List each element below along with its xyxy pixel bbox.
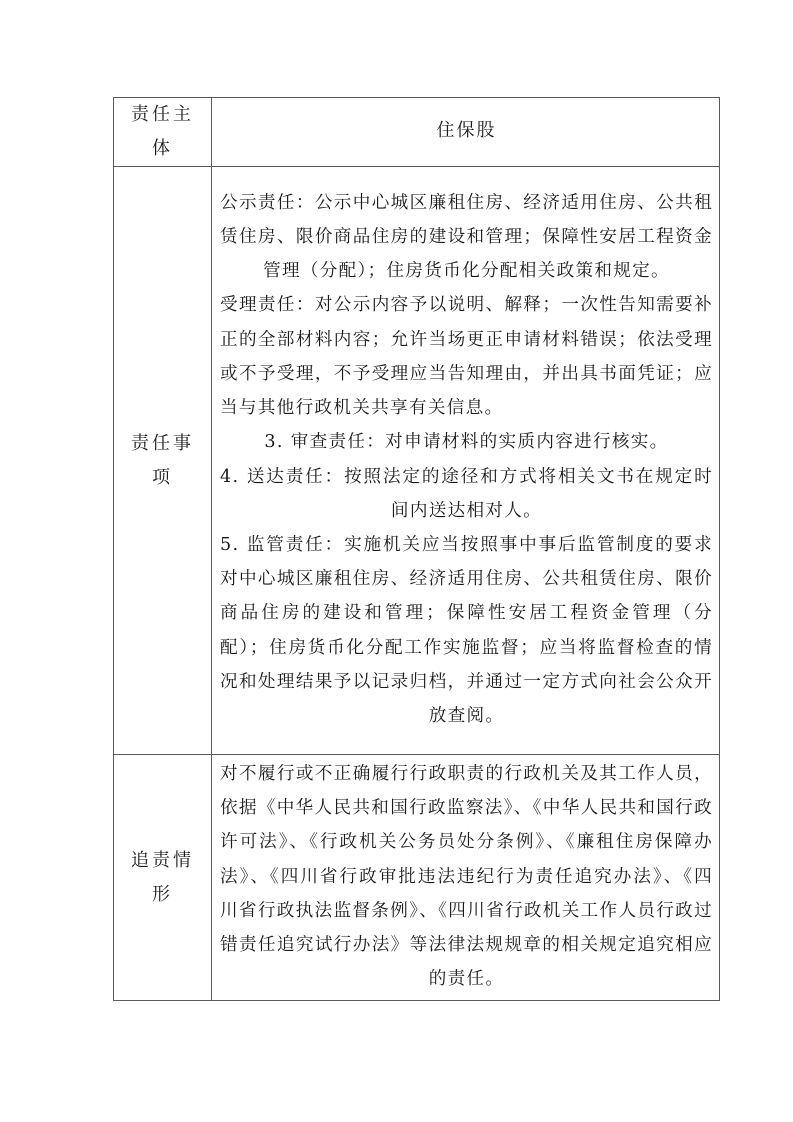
row-label: 责任主体 xyxy=(114,98,211,166)
label-cell-responsibility-items: 责任事项 xyxy=(114,167,212,755)
paragraph-acceptance-responsibility: 受理责任：对公示内容予以说明、解释；一次性告知需要补正的全部材料内容；允许当场更… xyxy=(220,288,713,425)
table-row-accountability-circumstances: 追责情形 对不履行或不正确履行行政职责的行政机关及其工作人员，依据《中华人民共和… xyxy=(114,755,720,1001)
content-cell-responsibility-items: 公示责任：公示中心城区廉租住房、经济适用住房、公共租赁住房、限价商品住房的建设和… xyxy=(212,167,720,755)
paragraph-accountability: 对不履行或不正确履行行政职责的行政机关及其工作人员，依据《中华人民共和国行政监察… xyxy=(220,757,713,996)
row-label: 责任事项 xyxy=(114,427,211,495)
label-cell-accountability-circumstances: 追责情形 xyxy=(114,755,212,1001)
paragraph-review-responsibility: 3. 审查责任：对申请材料的实质内容进行核实。 xyxy=(220,425,713,459)
label-cell-responsible-subject: 责任主体 xyxy=(114,98,212,167)
responsibility-table: 责任主体 住保股 责任事项 公示责任：公示中心城区廉租住房、经济适用住房、公共租… xyxy=(113,97,720,1001)
paragraph-supervision-responsibility: 5. 监管责任：实施机关应当按照事中事后监管制度的要求对中心城区廉租住房、经济适… xyxy=(220,528,713,733)
row-label: 追责情形 xyxy=(114,844,211,912)
table-row-responsibility-items: 责任事项 公示责任：公示中心城区廉租住房、经济适用住房、公共租赁住房、限价商品住… xyxy=(114,167,720,755)
paragraph-publicity-responsibility: 公示责任：公示中心城区廉租住房、经济适用住房、公共租赁住房、限价商品住房的建设和… xyxy=(220,186,713,289)
content-cell-responsible-subject: 住保股 xyxy=(212,98,720,167)
table-row-responsible-subject: 责任主体 住保股 xyxy=(114,98,720,167)
content-cell-accountability-circumstances: 对不履行或不正确履行行政职责的行政机关及其工作人员，依据《中华人民共和国行政监察… xyxy=(212,755,720,1001)
paragraph-delivery-responsibility: 4. 送达责任：按照法定的途径和方式将相关文书在规定时间内送达相对人。 xyxy=(220,460,713,528)
